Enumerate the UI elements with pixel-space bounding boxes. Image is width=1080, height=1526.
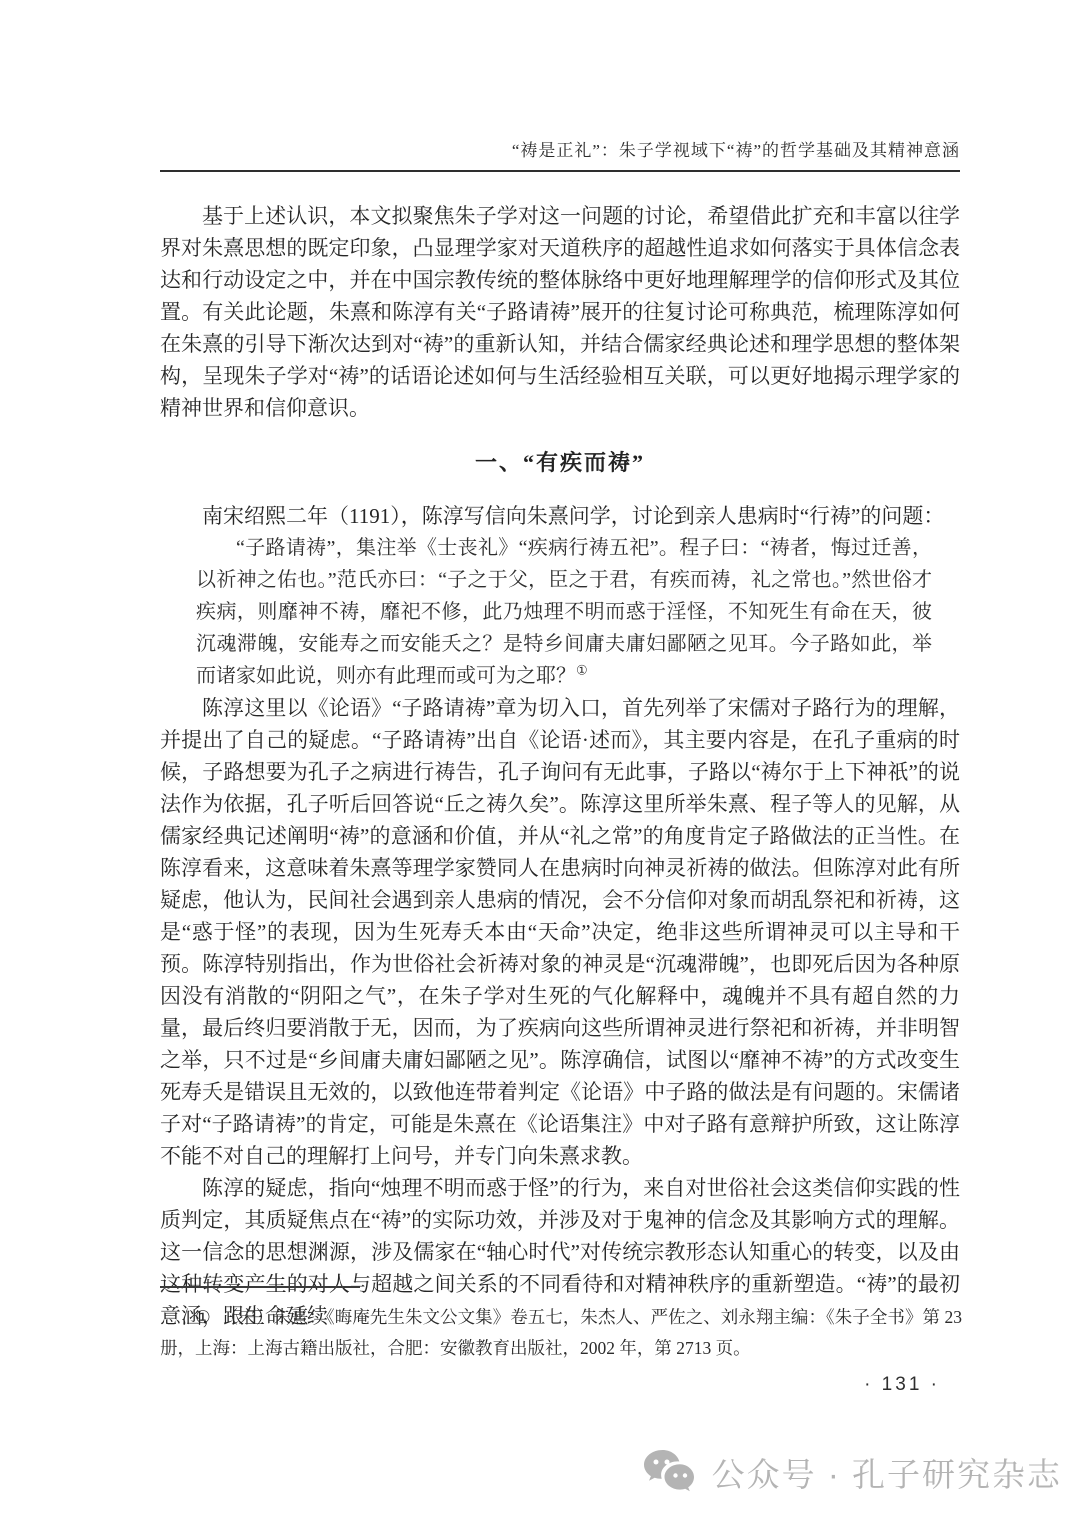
- journal-page: “祷是正礼”：朱子学视域下“祷”的哲学基础及其精神意涵 基于上述认识，本文拟聚焦…: [0, 0, 1080, 1526]
- footnote: ①（宋）朱熹：《晦庵先生朱文公文集》卷五七，朱杰人、严佐之、刘永翔主编：《朱子全…: [160, 1302, 962, 1364]
- article-body: 基于上述认识，本文拟聚焦朱子学对这一问题的讨论，希望借此扩充和丰富以往学界对朱熹…: [160, 200, 960, 1332]
- section-heading: 一、“有疾而祷”: [160, 448, 960, 478]
- watermark: 公众号 · 孔子研究杂志: [642, 1448, 1062, 1496]
- footnote-divider: [160, 1286, 360, 1288]
- main-column: “祷是正礼”：朱子学视域下“祷”的哲学基础及其精神意涵 基于上述认识，本文拟聚焦…: [160, 140, 960, 1332]
- watermark-text: 公众号 · 孔子研究杂志: [712, 1449, 1062, 1496]
- footnote-marker: ①: [195, 1307, 211, 1327]
- paragraph-analysis: 陈淳这里以《论语》“子路请祷”章为切入口，首先列举了宋儒对子路行为的理解，并提出…: [160, 692, 960, 1172]
- footnote-text: （宋）朱熹：《晦庵先生朱文公文集》卷五七，朱杰人、严佐之、刘永翔主编：《朱子全书…: [160, 1307, 962, 1358]
- running-header: “祷是正礼”：朱子学视域下“祷”的哲学基础及其精神意涵: [160, 140, 960, 162]
- page-number: · 131 ·: [864, 1374, 940, 1396]
- paragraph-intro: 基于上述认识，本文拟聚焦朱子学对这一问题的讨论，希望借此扩充和丰富以往学界对朱熹…: [160, 200, 960, 424]
- running-header-title: “祷是正礼”：朱子学视域下“祷”的哲学基础及其精神意涵: [512, 141, 960, 160]
- footnote-ref-marker: ①: [576, 662, 588, 677]
- header-rule: [160, 170, 960, 172]
- quote-text: “子路请祷”，集注举《士丧礼》“疾病行祷五祀”。程子曰：“祷者，悔过迁善，以祈神…: [196, 537, 932, 687]
- quote-block: “子路请祷”，集注举《士丧礼》“疾病行祷五祀”。程子曰：“祷者，悔过迁善，以祈神…: [196, 532, 932, 692]
- wechat-icon: [642, 1448, 698, 1496]
- paragraph-lead: 南宋绍熙二年（1191），陈淳写信向朱熹问学，讨论到亲人患病时“行祷”的问题：: [160, 500, 960, 532]
